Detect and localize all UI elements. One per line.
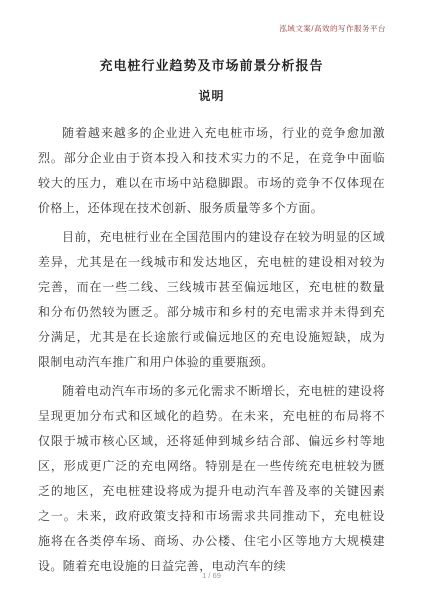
brand-watermark-text: 泓域文案/高效的写作服务平台 [279, 23, 386, 34]
report-body: 随着越来越多的企业进入充电桩市场，行业的竞争愈加激烈。部分企业由于资本投入和技术… [38, 121, 385, 579]
page-number: 1 / 69 [0, 571, 423, 580]
paragraph: 随着电动汽车市场的多元化需求不断增长，充电桩的建设将呈现更加分布式和区域化的趋势… [38, 379, 385, 579]
section-heading: 说明 [0, 87, 423, 104]
paragraph: 目前，充电桩行业在全国范围内的建设存在较为明显的区域差异，尤其是在一线城市和发达… [38, 225, 385, 375]
document-page: 泓域文案/高效的写作服务平台 充电桩行业趋势及市场前景分析报告 说明 随着越来越… [0, 0, 423, 600]
paragraph: 随着越来越多的企业进入充电桩市场，行业的竞争愈加激烈。部分企业由于资本投入和技术… [38, 121, 385, 221]
report-title: 充电桩行业趋势及市场前景分析报告 [0, 0, 423, 74]
